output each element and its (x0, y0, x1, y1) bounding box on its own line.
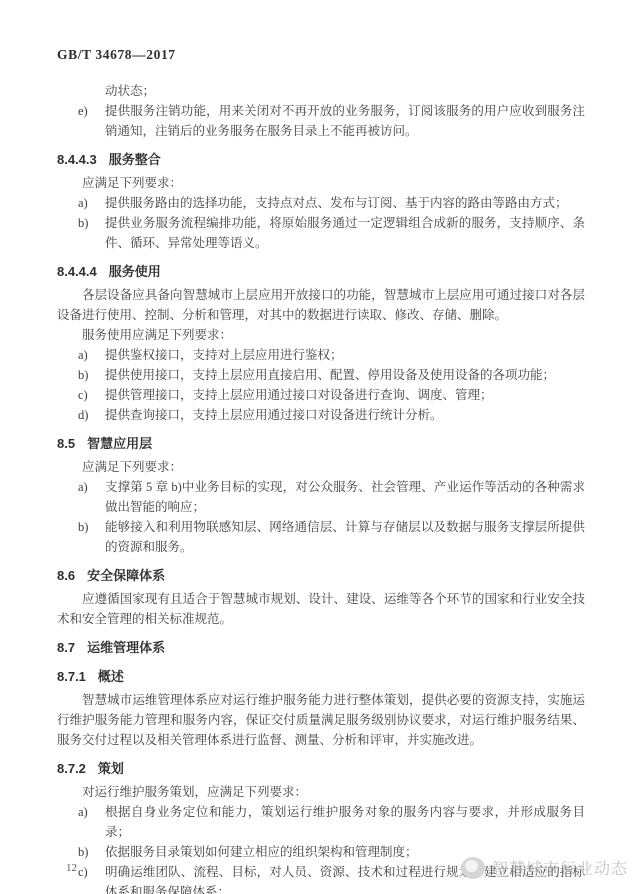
section-title: 智慧应用层 (87, 434, 152, 454)
watermark: 智慧城市行业动态 (461, 856, 628, 879)
paragraph: 智慧城市运维管理体系应对运行维护服务能力进行整体策划，提供必要的资源支持，实施运… (57, 690, 585, 750)
section-number: 8.4.4.3 (57, 150, 97, 170)
section-intro: 对运行维护服务策划，应满足下列要求： (57, 782, 585, 802)
section-heading: 8.4.4.4 服务使用 (57, 262, 585, 282)
section-heading: 8.5 智慧应用层 (57, 434, 585, 454)
section-title: 安全保障体系 (87, 566, 165, 586)
list-item-label: b) (78, 213, 105, 253)
list-item: a) 提供鉴权接口，支持对上层应用进行鉴权； (57, 345, 585, 365)
list-item: c) 提供管理接口，支持上层应用通过接口对设备进行查询、调度、管理； (57, 385, 585, 405)
list-item-label: a) (78, 477, 105, 517)
paragraph: 应遵循国家现有且适合于智慧城市规划、设计、建设、运维等各个环节的国家和行业安全技… (57, 589, 585, 629)
watermark-label: 智慧城市行业动态 (492, 856, 628, 879)
page-footer: 12 智慧城市行业动态 (0, 850, 640, 894)
list-item: e) 提供服务注销功能，用来关闭对不再开放的业务服务，订阅该服务的用户应收到服务… (57, 101, 585, 141)
section-number: 8.7.2 (57, 759, 86, 779)
list-item-label: d) (78, 405, 105, 425)
list-item-label: b) (78, 365, 105, 385)
section-title: 运维管理体系 (87, 638, 165, 658)
list-item: b) 能够接入和利用物联感知层、网络通信层、计算与存储层以及数据与服务支撑层所提… (57, 517, 585, 557)
list-item: b) 提供业务服务流程编排功能，将原始服务通过一定逻辑组合成新的服务，支持顺序、… (57, 213, 585, 253)
section-intro: 应满足下列要求： (57, 457, 585, 477)
list-item: d) 提供查询接口，支持上层应用通过接口对设备进行统计分析。 (57, 405, 585, 425)
document-body: 动状态； e) 提供服务注销功能，用来关闭对不再开放的业务服务，订阅该服务的用户… (57, 81, 585, 894)
list-item: a) 提供服务路由的选择功能，支持点对点、发布与订阅、基于内容的路由等路由方式； (57, 193, 585, 213)
list-item: a) 支撑第 5 章 b)中业务目标的实现，对公众服务、社会管理、产业运作等活动… (57, 477, 585, 517)
list-item-label: c) (78, 385, 105, 405)
list-item-text: 提供服务注销功能，用来关闭对不再开放的业务服务，订阅该服务的用户应收到服务注销通… (105, 101, 585, 141)
document-page: GB/T 34678—2017 动状态； e) 提供服务注销功能，用来关闭对不再… (0, 0, 640, 894)
section-title: 服务整合 (109, 150, 161, 170)
section-title: 服务使用 (109, 262, 161, 282)
section-number: 8.7 (57, 638, 75, 658)
list-item-text: 提供服务路由的选择功能，支持点对点、发布与订阅、基于内容的路由等路由方式； (105, 193, 585, 213)
section-intro: 应满足下列要求： (57, 173, 585, 193)
section-title: 概述 (98, 667, 124, 687)
list-item-text: 提供查询接口，支持上层应用通过接口对设备进行统计分析。 (105, 405, 585, 425)
page-number: 12 (66, 862, 77, 874)
doc-number-header: GB/T 34678—2017 (57, 46, 585, 64)
list-item-text: 提供鉴权接口，支持对上层应用进行鉴权； (105, 345, 585, 365)
list-item-text: 提供业务服务流程编排功能，将原始服务通过一定逻辑组合成新的服务，支持顺序、条件、… (105, 213, 585, 253)
carryover-text: 动状态； (57, 81, 585, 101)
section-number: 8.7.1 (57, 667, 86, 687)
list-item-label: a) (78, 345, 105, 365)
list-item-text: 能够接入和利用物联感知层、网络通信层、计算与存储层以及数据与服务支撑层所提供的资… (105, 517, 585, 557)
list-item-label: e) (78, 101, 105, 141)
list-item-label: a) (78, 802, 105, 842)
section-heading: 8.7 运维管理体系 (57, 638, 585, 658)
list-item-text: 提供管理接口，支持上层应用通过接口对设备进行查询、调度、管理； (105, 385, 585, 405)
section-number: 8.4.4.4 (57, 262, 97, 282)
list-item: a) 根据自身业务定位和能力，策划运行维护服务对象的服务内容与要求，并形成服务目… (57, 802, 585, 842)
list-item: b) 提供使用接口，支持上层应用直接启用、配置、停用设备及使用设备的各项功能； (57, 365, 585, 385)
section-heading: 8.4.4.3 服务整合 (57, 150, 585, 170)
paragraph: 服务使用应满足下列要求： (57, 325, 585, 345)
section-heading: 8.7.1 概述 (57, 667, 585, 687)
list-item-label: a) (78, 193, 105, 213)
section-title: 策划 (98, 759, 124, 779)
list-item-text: 根据自身业务定位和能力，策划运行维护服务对象的服务内容与要求，并形成服务目录； (105, 802, 585, 842)
list-item-label: b) (78, 517, 105, 557)
paragraph: 各层设备应具备向智慧城市上层应用开放接口的功能，智慧城市上层应用可通过接口对各层… (57, 285, 585, 325)
section-heading: 8.6 安全保障体系 (57, 566, 585, 586)
section-number: 8.6 (57, 566, 75, 586)
section-number: 8.5 (57, 434, 75, 454)
list-item-text: 提供使用接口，支持上层应用直接启用、配置、停用设备及使用设备的各项功能； (105, 365, 585, 385)
section-heading: 8.7.2 策划 (57, 759, 585, 779)
watermark-logo-icon (461, 857, 485, 879)
list-item-text: 支撑第 5 章 b)中业务目标的实现，对公众服务、社会管理、产业运作等活动的各种… (105, 477, 585, 517)
